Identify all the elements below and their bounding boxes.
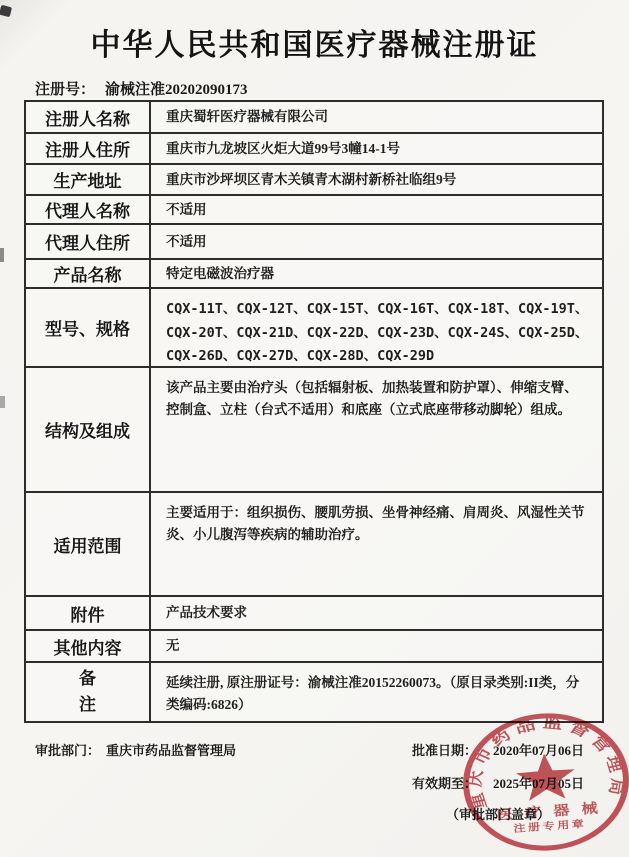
row-value-cell: 重庆市九龙坡区火炬大道99号3幢14-1号	[151, 134, 602, 163]
row-value-cell: 无	[151, 631, 602, 661]
row-value-text: 无	[166, 635, 180, 657]
table-row: 生产地址重庆市沙坪坝区青木关镇青木湖村新桥社临组9号	[26, 165, 602, 196]
row-label-cell: 注册人名称	[26, 102, 151, 132]
row-value-text: 该产品主要由治疗头（包括辐射板、加热装置和防护罩）、伸缩支臂、控制盒、立柱（台式…	[166, 377, 590, 421]
approval-date-label: 批准日期：	[412, 743, 477, 758]
table-row: 备注延续注册, 原注册证号：渝械注准20152260073。（原目录类别:II类…	[26, 663, 602, 721]
approval-department-value: 重庆市药品监督管理局	[106, 743, 236, 758]
table-row: 产品名称特定电磁波治疗器	[26, 260, 602, 289]
row-value-text: 主要适用于：组织损伤、腰肌劳损、坐骨神经痛、肩周炎、风湿性关节炎、小儿腹泻等疾病…	[166, 502, 590, 546]
table-row: 代理人住所不适用	[26, 225, 602, 260]
certificate-title: 中华人民共和国医疗器械注册证	[0, 20, 629, 64]
row-value-cell: 该产品主要由治疗头（包括辐射板、加热装置和防护罩）、伸缩支臂、控制盒、立柱（台式…	[151, 368, 602, 491]
scan-artifact-mark	[0, 248, 4, 262]
table-row: 其他内容无	[26, 631, 602, 663]
row-label-cell: 注册人住所	[26, 134, 151, 163]
table-row: 结构及组成该产品主要由治疗头（包括辐射板、加热装置和防护罩）、伸缩支臂、控制盒、…	[26, 368, 602, 493]
row-label-text: 代理人住所	[45, 229, 130, 254]
approval-date-line: 批准日期：2020年07月06日	[412, 740, 622, 759]
row-label-cell: 附件	[26, 597, 151, 629]
row-label-text: 注册人住所	[45, 136, 130, 161]
approval-department-line: 审批部门：重庆市药品监督管理局	[35, 740, 236, 759]
row-value-text: 不适用	[166, 199, 207, 221]
row-label-cell: 备注	[26, 663, 151, 721]
row-label-text: 备注	[76, 666, 98, 719]
table-row: 代理人名称不适用	[26, 196, 602, 225]
row-label-text: 型号、规格	[45, 315, 130, 340]
valid-until-label: 有效期至：	[412, 776, 477, 791]
table-row: 注册人名称重庆蜀轩医疗器械有限公司	[26, 102, 602, 134]
row-value-text: 重庆市沙坪坝区青木关镇青木湖村新桥社临组9号	[166, 169, 456, 191]
dates-block: 批准日期：2020年07月06日 有效期至：2025年07月05日 （审批部门盖…	[412, 740, 622, 823]
row-label-cell: 生产地址	[26, 165, 151, 194]
approval-date-value: 2020年07月06日	[493, 743, 584, 758]
seal-note: （审批部门盖章）	[412, 804, 622, 823]
row-value-cell: 重庆蜀轩医疗器械有限公司	[151, 102, 602, 132]
row-label-cell: 代理人名称	[26, 196, 151, 223]
row-value-cell: CQX-11T、CQX-12T、CQX-15T、CQX-16T、CQX-18T、…	[151, 289, 602, 366]
row-label-text: 附件	[71, 601, 105, 626]
table-row: 附件产品技术要求	[26, 597, 602, 631]
row-value-text: 不适用	[166, 231, 207, 253]
table-row: 型号、规格CQX-11T、CQX-12T、CQX-15T、CQX-16T、CQX…	[26, 289, 602, 368]
row-value-cell: 主要适用于：组织损伤、腰肌劳损、坐骨神经痛、肩周炎、风湿性关节炎、小儿腹泻等疾病…	[151, 493, 602, 595]
table-row: 注册人住所重庆市九龙坡区火炬大道99号3幢14-1号	[26, 134, 602, 165]
row-value-cell: 产品技术要求	[151, 597, 602, 629]
scan-artifact-mark	[0, 396, 5, 408]
row-label-text: 注册人名称	[45, 105, 130, 130]
row-label-cell: 其他内容	[26, 631, 151, 661]
certificate-table: 注册人名称重庆蜀轩医疗器械有限公司注册人住所重庆市九龙坡区火炬大道99号3幢14…	[24, 100, 604, 723]
row-label-text: 生产地址	[54, 167, 122, 192]
row-label-text: 产品名称	[54, 261, 122, 286]
row-value-text: CQX-11T、CQX-12T、CQX-15T、CQX-16T、CQX-18T、…	[166, 298, 590, 369]
row-value-cell: 延续注册, 原注册证号：渝械注准20152260073。（原目录类别:II类，分…	[151, 663, 602, 721]
registration-number-line: 注册号：渝械注准20202090173	[35, 78, 248, 99]
row-label-text: 结构及组成	[45, 417, 130, 442]
row-label-cell: 适用范围	[26, 493, 151, 595]
row-value-cell: 不适用	[151, 225, 602, 258]
row-value-cell: 重庆市沙坪坝区青木关镇青木湖村新桥社临组9号	[151, 165, 602, 194]
valid-until-line: 有效期至：2025年07月05日	[412, 773, 622, 792]
row-label-text: 代理人名称	[45, 197, 130, 222]
row-value-cell: 不适用	[151, 196, 602, 223]
row-label-cell: 产品名称	[26, 260, 151, 287]
row-label-cell: 结构及组成	[26, 368, 151, 491]
table-row: 适用范围主要适用于：组织损伤、腰肌劳损、坐骨神经痛、肩周炎、风湿性关节炎、小儿腹…	[26, 493, 602, 597]
row-value-text: 重庆蜀轩医疗器械有限公司	[166, 106, 328, 128]
valid-until-value: 2025年07月05日	[493, 776, 584, 791]
row-label-text: 适用范围	[54, 532, 122, 557]
scan-artifact-mark	[0, 5, 12, 17]
row-value-text: 延续注册, 原注册证号：渝械注准20152260073。（原目录类别:II类，分…	[166, 672, 590, 716]
registration-number-label: 注册号：	[35, 82, 95, 98]
row-label-cell: 型号、规格	[26, 289, 151, 366]
row-label-text: 其他内容	[54, 634, 122, 659]
registration-number-value: 渝械注准20202090173	[105, 82, 248, 98]
row-label-cell: 代理人住所	[26, 225, 151, 258]
approval-department-label: 审批部门：	[35, 743, 100, 758]
row-value-text: 产品技术要求	[166, 602, 247, 624]
row-value-text: 重庆市九龙坡区火炬大道99号3幢14-1号	[166, 138, 400, 160]
row-value-text: 特定电磁波治疗器	[166, 263, 274, 285]
certificate-page: 中华人民共和国医疗器械注册证 注册号：渝械注准20202090173 注册人名称…	[0, 0, 629, 857]
row-value-cell: 特定电磁波治疗器	[151, 260, 602, 287]
